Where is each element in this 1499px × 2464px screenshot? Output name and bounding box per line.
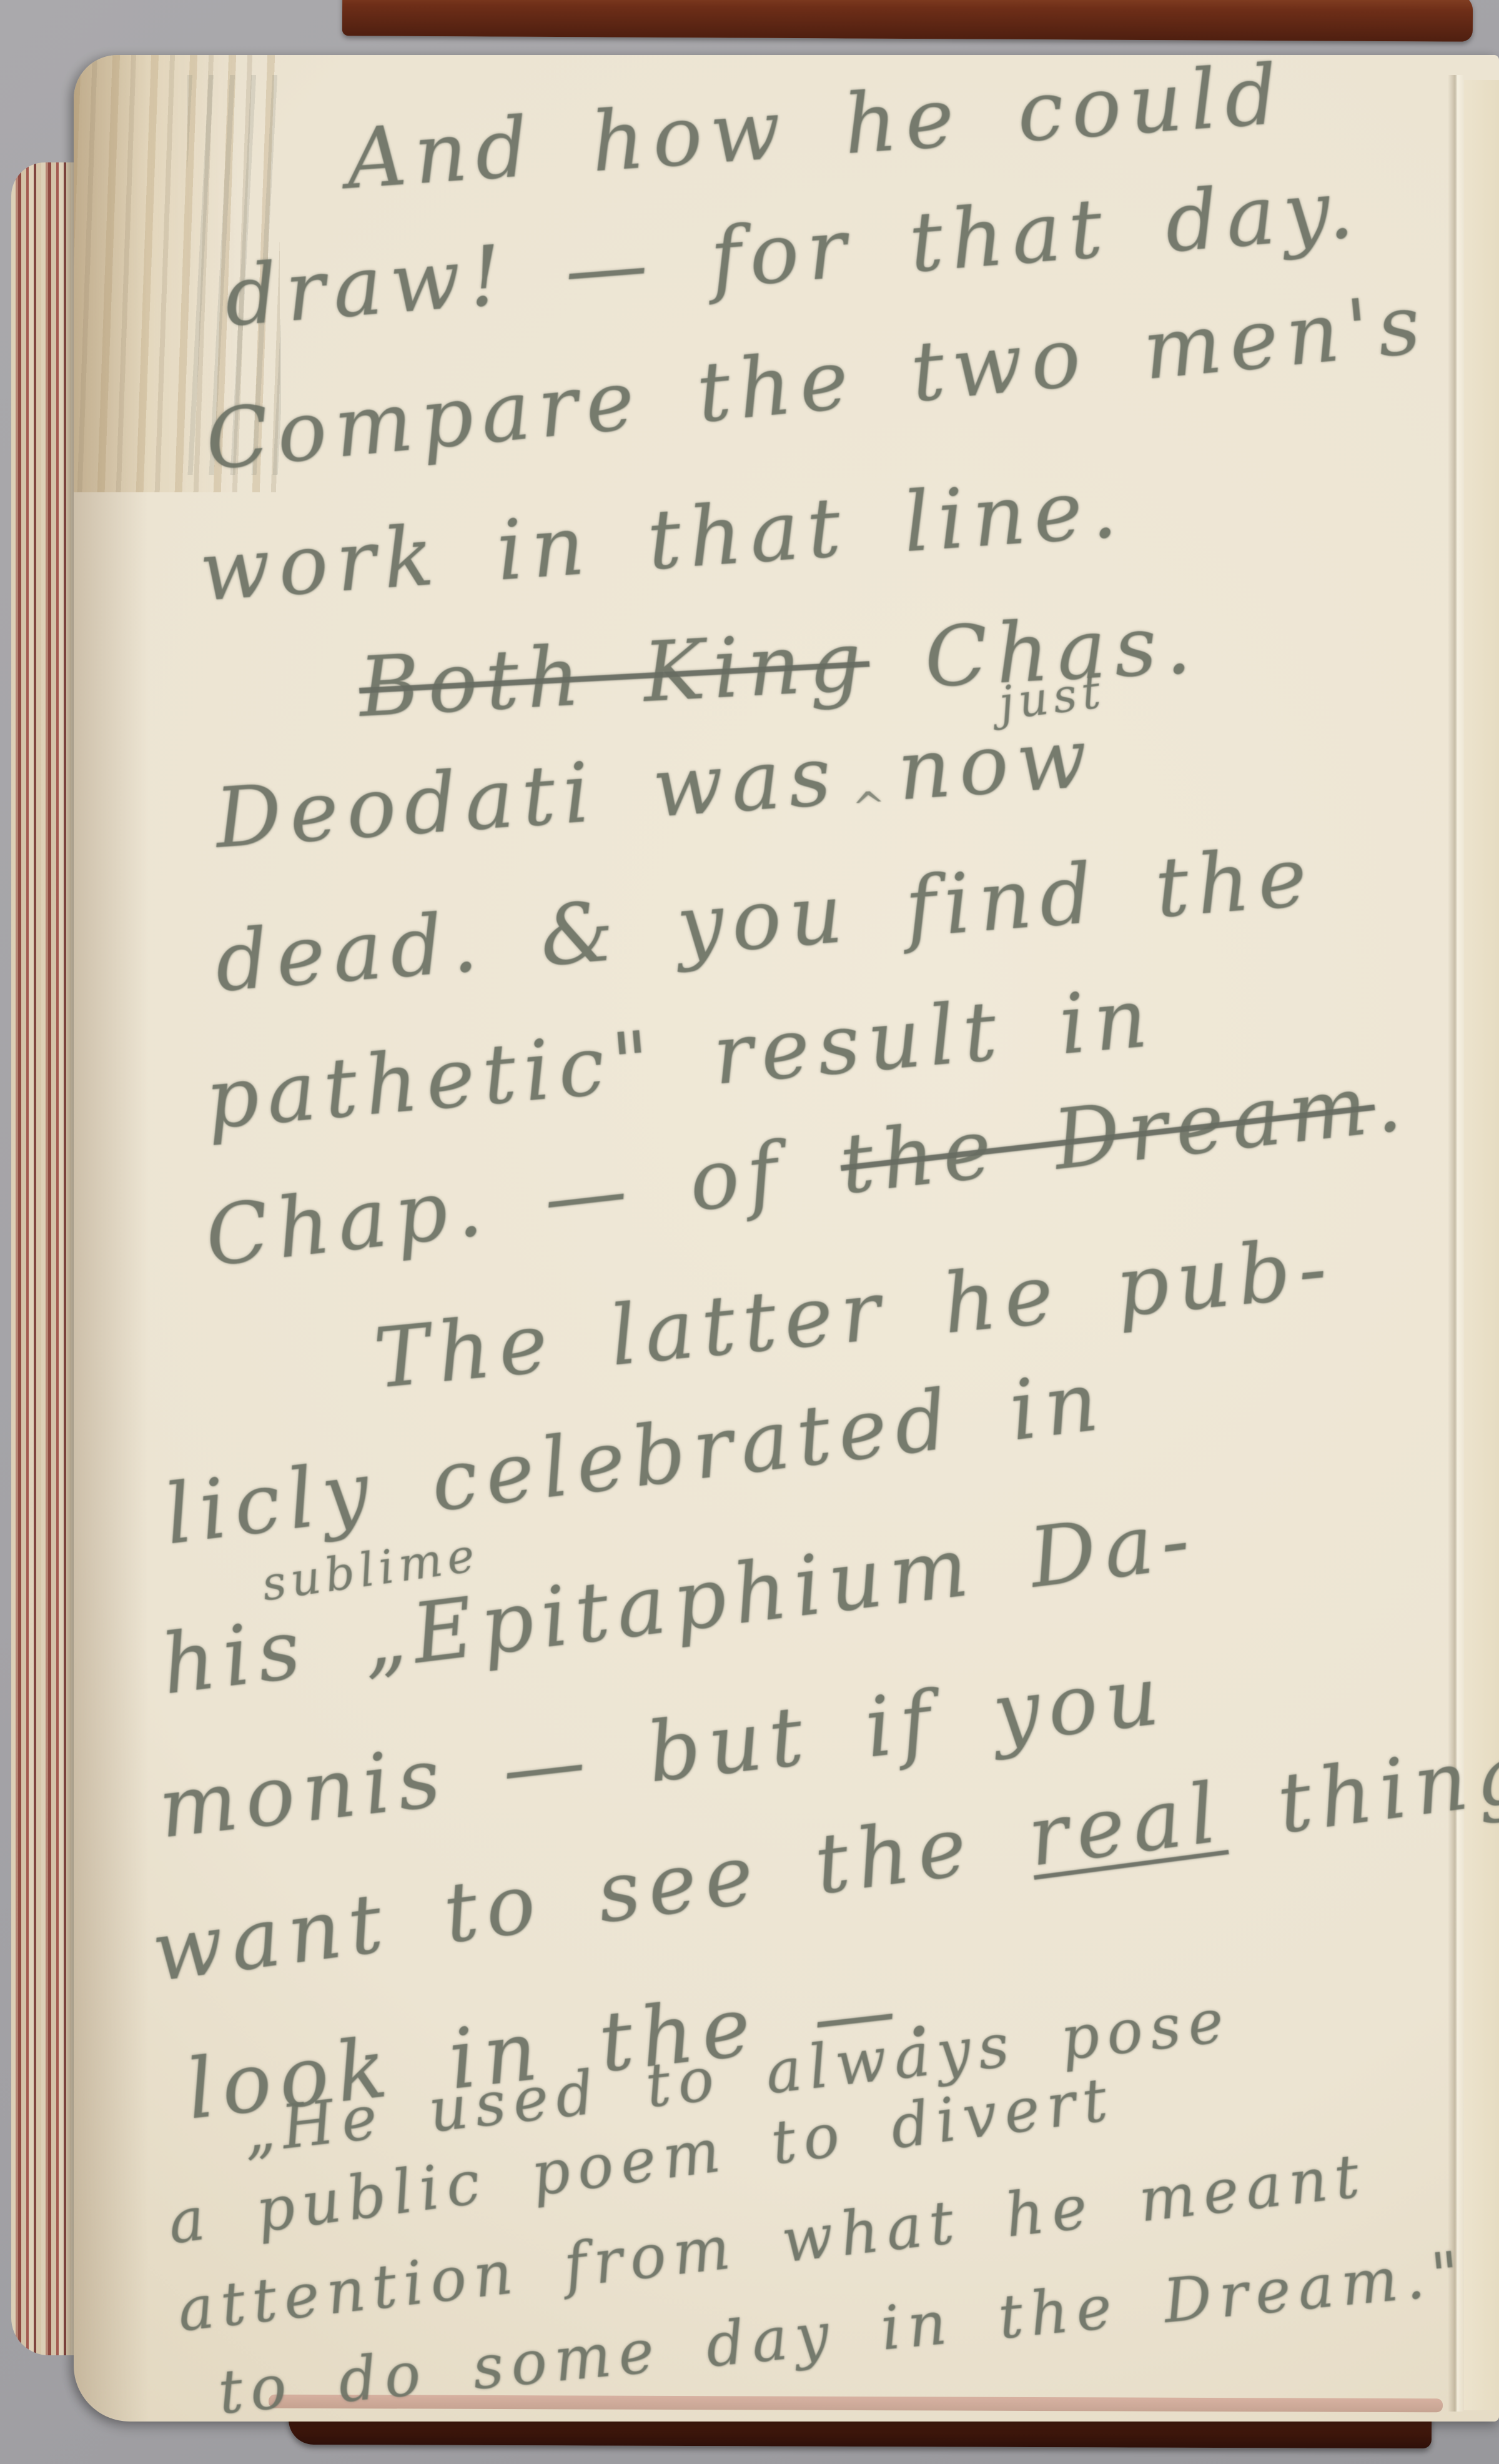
- page-crease: [1448, 75, 1464, 2412]
- facing-page-sliver: [1464, 80, 1499, 2410]
- notebook-photograph: And how he could draw! — for that day. C…: [0, 0, 1499, 2464]
- line-text: now: [894, 710, 1098, 820]
- leather-spine-top: [342, 0, 1473, 42]
- page-stack-fore-edge: [11, 162, 81, 2355]
- caret-mark: ^: [851, 785, 895, 828]
- page-left-shadow: [74, 55, 149, 2422]
